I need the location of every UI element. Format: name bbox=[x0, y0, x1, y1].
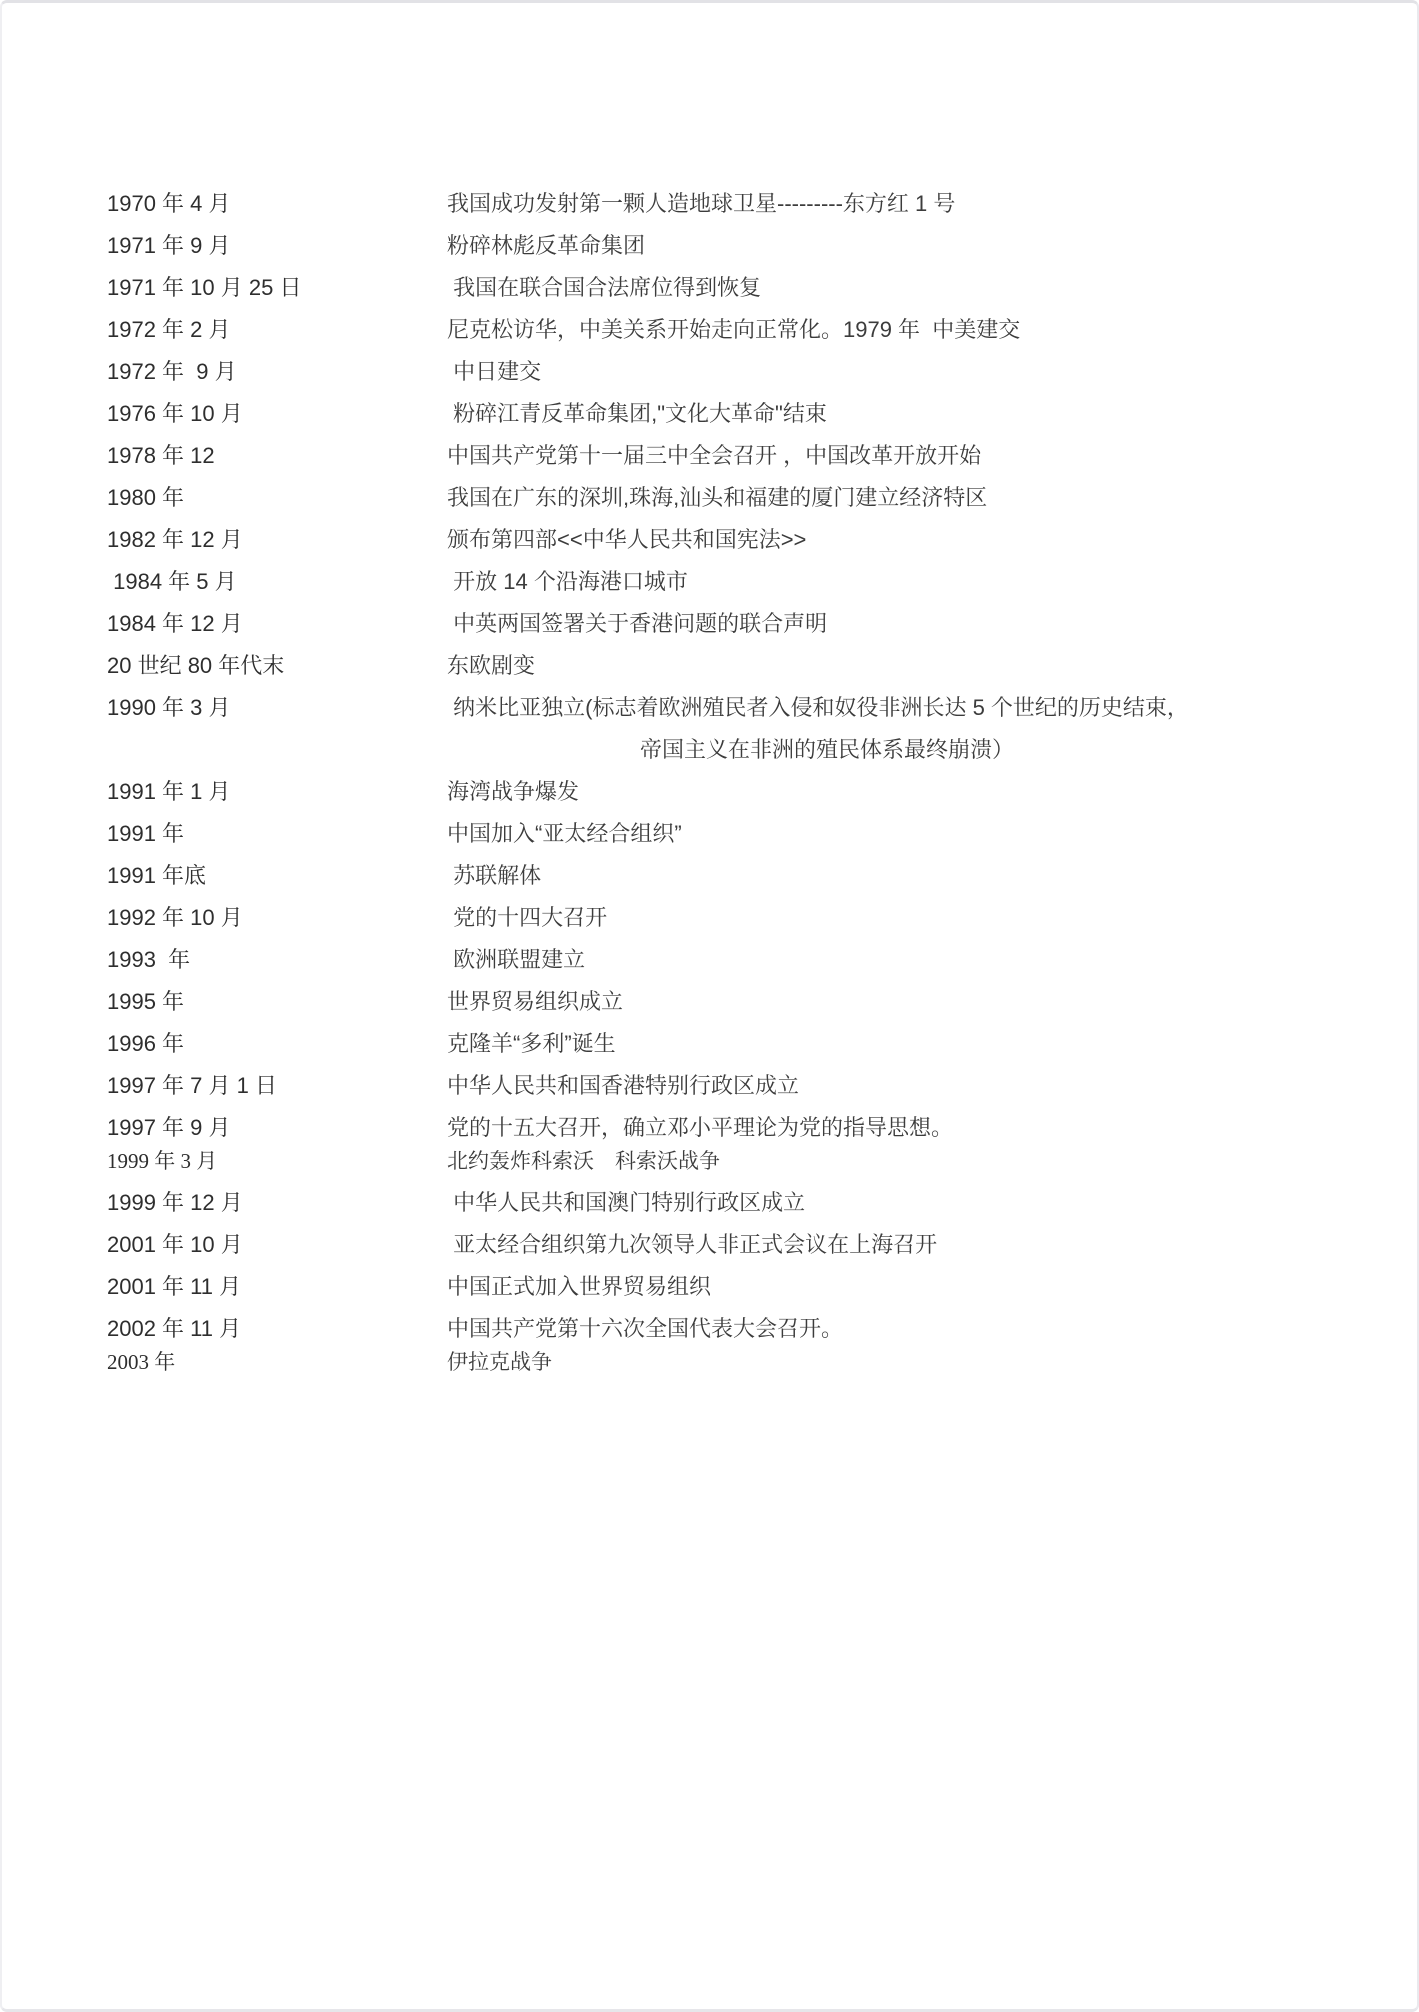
date-cell: 1984 年 12 月 bbox=[107, 603, 447, 645]
event-cell: 粉碎林彪反革命集团 bbox=[447, 225, 645, 267]
date-cell: 1982 年 12 月 bbox=[107, 519, 447, 561]
event-cell: 欧洲联盟建立 bbox=[447, 939, 585, 981]
timeline-row: 1997 年 7 月 1 日 中华人民共和国香港特别行政区成立 bbox=[107, 1065, 1377, 1107]
timeline-row: 1978 年 12 中国共产党第十一届三中全会召开 ，中国改革开放开始 bbox=[107, 435, 1377, 477]
event-cell: 中国共产党第十一届三中全会召开 ，中国改革开放开始 bbox=[447, 435, 981, 477]
event-cell: 海湾战争爆发 bbox=[447, 771, 579, 813]
date-cell: 20 世纪 80 年代末 bbox=[107, 645, 447, 687]
timeline-row: 2001 年 11 月 中国正式加入世界贸易组织 bbox=[107, 1266, 1377, 1308]
timeline-row: 20 世纪 80 年代末 东欧剧变 bbox=[107, 645, 1377, 687]
timeline-row: 1970 年 4 月 我国成功发射第一颗人造地球卫星---------东方红 1… bbox=[107, 183, 1377, 225]
date-cell: 2003 年 bbox=[107, 1341, 447, 1383]
event-line-wrapped: 帝国主义在非洲的殖民体系最终崩溃） bbox=[640, 729, 1189, 771]
event-cell: 苏联解体 bbox=[447, 855, 541, 897]
timeline-row: 1993 年 欧洲联盟建立 bbox=[107, 939, 1377, 981]
date-cell: 1972 年 9 月 bbox=[107, 351, 447, 393]
date-cell: 1991 年 1 月 bbox=[107, 771, 447, 813]
date-cell: 1991 年 bbox=[107, 813, 447, 855]
timeline-row: 1976 年 10 月 粉碎江青反革命集团,"文化大革命"结束 bbox=[107, 393, 1377, 435]
timeline-row: 1984 年 5 月 开放 14 个沿海港口城市 bbox=[107, 561, 1377, 603]
timeline-row: 1972 年 2 月 尼克松访华，中美关系开始走向正常化。1979 年 中美建交 bbox=[107, 309, 1377, 351]
event-cell: 中英两国签署关于香港问题的联合声明 bbox=[447, 603, 827, 645]
event-cell: 开放 14 个沿海港口城市 bbox=[447, 561, 688, 603]
timeline-row: 1991 年底 苏联解体 bbox=[107, 855, 1377, 897]
event-cell: 北约轰炸科索沃 科索沃战争 bbox=[447, 1140, 720, 1182]
date-cell: 1997 年 7 月 1 日 bbox=[107, 1065, 447, 1107]
event-cell: 粉碎江青反革命集团,"文化大革命"结束 bbox=[447, 393, 827, 435]
event-cell: 中华人民共和国香港特别行政区成立 bbox=[447, 1065, 799, 1107]
date-cell: 1970 年 4 月 bbox=[107, 183, 447, 225]
timeline-row: 1982 年 12 月 颁布第四部<<中华人民共和国宪法>> bbox=[107, 519, 1377, 561]
timeline-row: 1999 年 12 月 中华人民共和国澳门特别行政区成立 bbox=[107, 1182, 1377, 1224]
date-cell: 1996 年 bbox=[107, 1023, 447, 1065]
event-cell: 我国在广东的深圳,珠海,汕头和福建的厦门建立经济特区 bbox=[447, 477, 987, 519]
date-cell: 1980 年 bbox=[107, 477, 447, 519]
timeline-row: 1984 年 12 月 中英两国签署关于香港问题的联合声明 bbox=[107, 603, 1377, 645]
date-cell: 1971 年 10 月 25 日 bbox=[107, 267, 447, 309]
timeline-row: 1990 年 3 月 纳米比亚独立(标志着欧洲殖民者入侵和奴役非洲长达 5 个世… bbox=[107, 687, 1377, 771]
date-cell: 1990 年 3 月 bbox=[107, 687, 447, 729]
event-cell: 中国加入“亚太经合组织” bbox=[447, 813, 682, 855]
event-cell: 颁布第四部<<中华人民共和国宪法>> bbox=[447, 519, 806, 561]
date-cell: 1991 年底 bbox=[107, 855, 447, 897]
timeline-row: 2001 年 10 月 亚太经合组织第九次领导人非正式会议在上海召开 bbox=[107, 1224, 1377, 1266]
date-cell: 1993 年 bbox=[107, 939, 447, 981]
event-cell: 克隆羊“多利”诞生 bbox=[447, 1023, 616, 1065]
timeline-row: 1992 年 10 月 党的十四大召开 bbox=[107, 897, 1377, 939]
date-cell: 1999 年 12 月 bbox=[107, 1182, 447, 1224]
event-cell: 世界贸易组织成立 bbox=[447, 981, 623, 1023]
date-cell: 1976 年 10 月 bbox=[107, 393, 447, 435]
date-cell: 1995 年 bbox=[107, 981, 447, 1023]
event-cell: 伊拉克战争 bbox=[447, 1341, 552, 1383]
event-cell: 尼克松访华，中美关系开始走向正常化。1979 年 中美建交 bbox=[447, 309, 1020, 351]
event-cell: 我国在联合国合法席位得到恢复 bbox=[447, 267, 761, 309]
date-cell: 2001 年 10 月 bbox=[107, 1224, 447, 1266]
timeline-row: 1996 年 克隆羊“多利”诞生 bbox=[107, 1023, 1377, 1065]
date-cell: 2001 年 11 月 bbox=[107, 1266, 447, 1308]
event-cell: 纳米比亚独立(标志着欧洲殖民者入侵和奴役非洲长达 5 个世纪的历史结束，帝国主义… bbox=[447, 687, 1189, 771]
event-cell: 亚太经合组织第九次领导人非正式会议在上海召开 bbox=[447, 1224, 937, 1266]
timeline-row: 1980 年 我国在广东的深圳,珠海,汕头和福建的厦门建立经济特区 bbox=[107, 477, 1377, 519]
event-cell: 我国成功发射第一颗人造地球卫星---------东方红 1 号 bbox=[447, 183, 955, 225]
timeline-row: 1972 年 9 月 中日建交 bbox=[107, 351, 1377, 393]
event-cell: 中日建交 bbox=[447, 351, 541, 393]
event-cell: 中华人民共和国澳门特别行政区成立 bbox=[447, 1182, 805, 1224]
date-cell: 1999 年 3 月 bbox=[107, 1140, 447, 1182]
timeline-row: 1991 年 中国加入“亚太经合组织” bbox=[107, 813, 1377, 855]
timeline-row: 1991 年 1 月 海湾战争爆发 bbox=[107, 771, 1377, 813]
event-cell: 党的十四大召开 bbox=[447, 897, 607, 939]
date-cell: 1972 年 2 月 bbox=[107, 309, 447, 351]
date-cell: 1992 年 10 月 bbox=[107, 897, 447, 939]
event-line: 纳米比亚独立(标志着欧洲殖民者入侵和奴役非洲长达 5 个世纪的历史结束， bbox=[447, 687, 1189, 729]
date-cell: 1971 年 9 月 bbox=[107, 225, 447, 267]
timeline-row: 1995 年 世界贸易组织成立 bbox=[107, 981, 1377, 1023]
date-cell: 1984 年 5 月 bbox=[107, 561, 447, 603]
event-cell: 东欧剧变 bbox=[447, 645, 535, 687]
timeline: 1970 年 4 月 我国成功发射第一颗人造地球卫星---------东方红 1… bbox=[107, 183, 1377, 1383]
date-cell: 1978 年 12 bbox=[107, 435, 447, 477]
timeline-row: 1971 年 9 月 粉碎林彪反革命集团 bbox=[107, 225, 1377, 267]
timeline-row: 1971 年 10 月 25 日 我国在联合国合法席位得到恢复 bbox=[107, 267, 1377, 309]
event-cell: 中国正式加入世界贸易组织 bbox=[447, 1266, 711, 1308]
document-page: 1970 年 4 月 我国成功发射第一颗人造地球卫星---------东方红 1… bbox=[0, 0, 1419, 2012]
